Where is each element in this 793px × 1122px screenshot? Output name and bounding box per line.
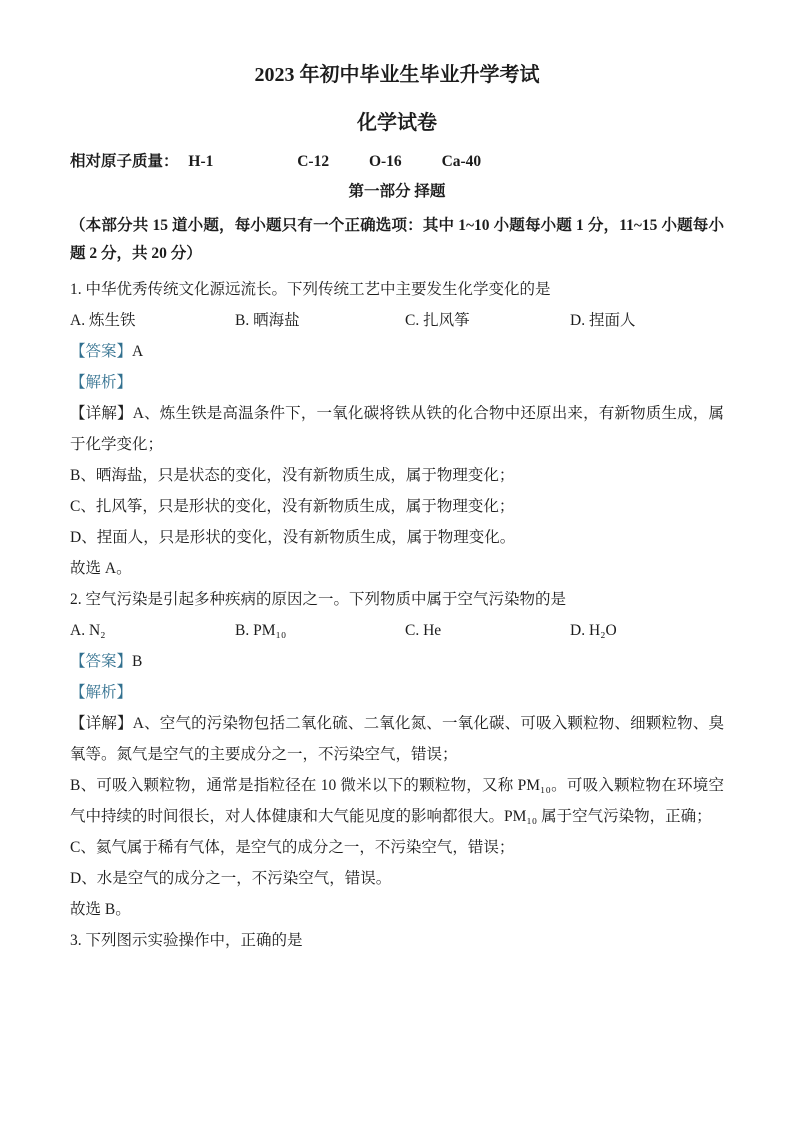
conclusion-line: 故选 B。 <box>70 894 724 925</box>
atomic-mass-c: C-12 <box>297 153 329 170</box>
explanation-paragraph: B、可吸入颗粒物，通常是指粒径在 10 微米以下的颗粒物，又称 PM₁₀。可吸入… <box>70 770 724 832</box>
option-b: B. 晒海盐 <box>235 305 405 336</box>
options-row: A. 炼生铁 B. 晒海盐 C. 扎风筝 D. 捏面人 <box>70 305 724 336</box>
explanation-paragraph: D、水是空气的成分之一，不污染空气，错误。 <box>70 863 724 894</box>
conclusion-line: 故选 A。 <box>70 553 724 584</box>
option-c: C. 扎风筝 <box>405 305 570 336</box>
explanation-paragraph: C、扎风筝，只是形状的变化，没有新物质生成，属于物理变化； <box>70 491 724 522</box>
question-block-3: 3. 下列图示实验操作中，正确的是 <box>70 925 724 956</box>
explanation-paragraph: C、氦气属于稀有气体，是空气的成分之一，不污染空气，错误； <box>70 832 724 863</box>
option-a: A. N₂ <box>70 615 235 646</box>
option-b: B. PM₁₀ <box>235 615 405 646</box>
option-a: A. 炼生铁 <box>70 305 235 336</box>
analysis-line: 【解析】 <box>70 367 724 398</box>
section-instructions: （本部分共 15 道小题，每小题只有一个正确选项：其中 1~10 小题每小题 1… <box>70 212 724 268</box>
question-text: 1. 中华优秀传统文化源远流长。下列传统工艺中主要发生化学变化的是 <box>70 274 724 305</box>
analysis-label: 【解析】 <box>70 684 132 701</box>
explanation-paragraph: 【详解】A、空气的污染物包括二氧化硫、二氧化氮、一氧化碳、可吸入颗粒物、细颗粒物… <box>70 708 724 770</box>
question-block-1: 1. 中华优秀传统文化源远流长。下列传统工艺中主要发生化学变化的是 A. 炼生铁… <box>70 274 724 584</box>
answer-value: A <box>132 343 143 360</box>
atomic-mass-line: 相对原子质量： H-1 C-12 O-16 Ca-40 <box>70 148 724 176</box>
atomic-mass-label: 相对原子质量： <box>70 153 179 170</box>
analysis-label: 【解析】 <box>70 374 132 391</box>
analysis-line: 【解析】 <box>70 677 724 708</box>
answer-label: 【答案】 <box>70 653 132 670</box>
explanation-paragraph: B、晒海盐，只是状态的变化，没有新物质生成，属于物理变化； <box>70 460 724 491</box>
answer-value: B <box>132 653 142 670</box>
question-text: 3. 下列图示实验操作中，正确的是 <box>70 925 724 956</box>
answer-label: 【答案】 <box>70 343 132 360</box>
option-c: C. He <box>405 615 570 646</box>
document-subtitle: 化学试卷 <box>70 110 724 136</box>
document-title: 2023 年初中毕业生毕业升学考试 <box>70 62 724 88</box>
explanation-paragraph: 【详解】A、炼生铁是高温条件下，一氧化碳将铁从铁的化合物中还原出来，有新物质生成… <box>70 398 724 460</box>
question-block-2: 2. 空气污染是引起多种疾病的原因之一。下列物质中属于空气污染物的是 A. N₂… <box>70 584 724 925</box>
explanation-paragraph: D、捏面人，只是形状的变化，没有新物质生成，属于物理变化。 <box>70 522 724 553</box>
exam-document-page: 2023 年初中毕业生毕业升学考试 化学试卷 相对原子质量： H-1 C-12 … <box>0 0 793 1122</box>
option-d: D. H₂O <box>570 615 724 646</box>
atomic-mass-ca: Ca-40 <box>442 153 482 170</box>
answer-line: 【答案】A <box>70 336 724 367</box>
atomic-mass-h: H-1 <box>188 153 213 170</box>
question-text: 2. 空气污染是引起多种疾病的原因之一。下列物质中属于空气污染物的是 <box>70 584 724 615</box>
section-title: 第一部分 择题 <box>70 178 724 206</box>
options-row: A. N₂ B. PM₁₀ C. He D. H₂O <box>70 615 724 646</box>
option-d: D. 捏面人 <box>570 305 724 336</box>
atomic-mass-o: O-16 <box>369 153 402 170</box>
answer-line: 【答案】B <box>70 646 724 677</box>
